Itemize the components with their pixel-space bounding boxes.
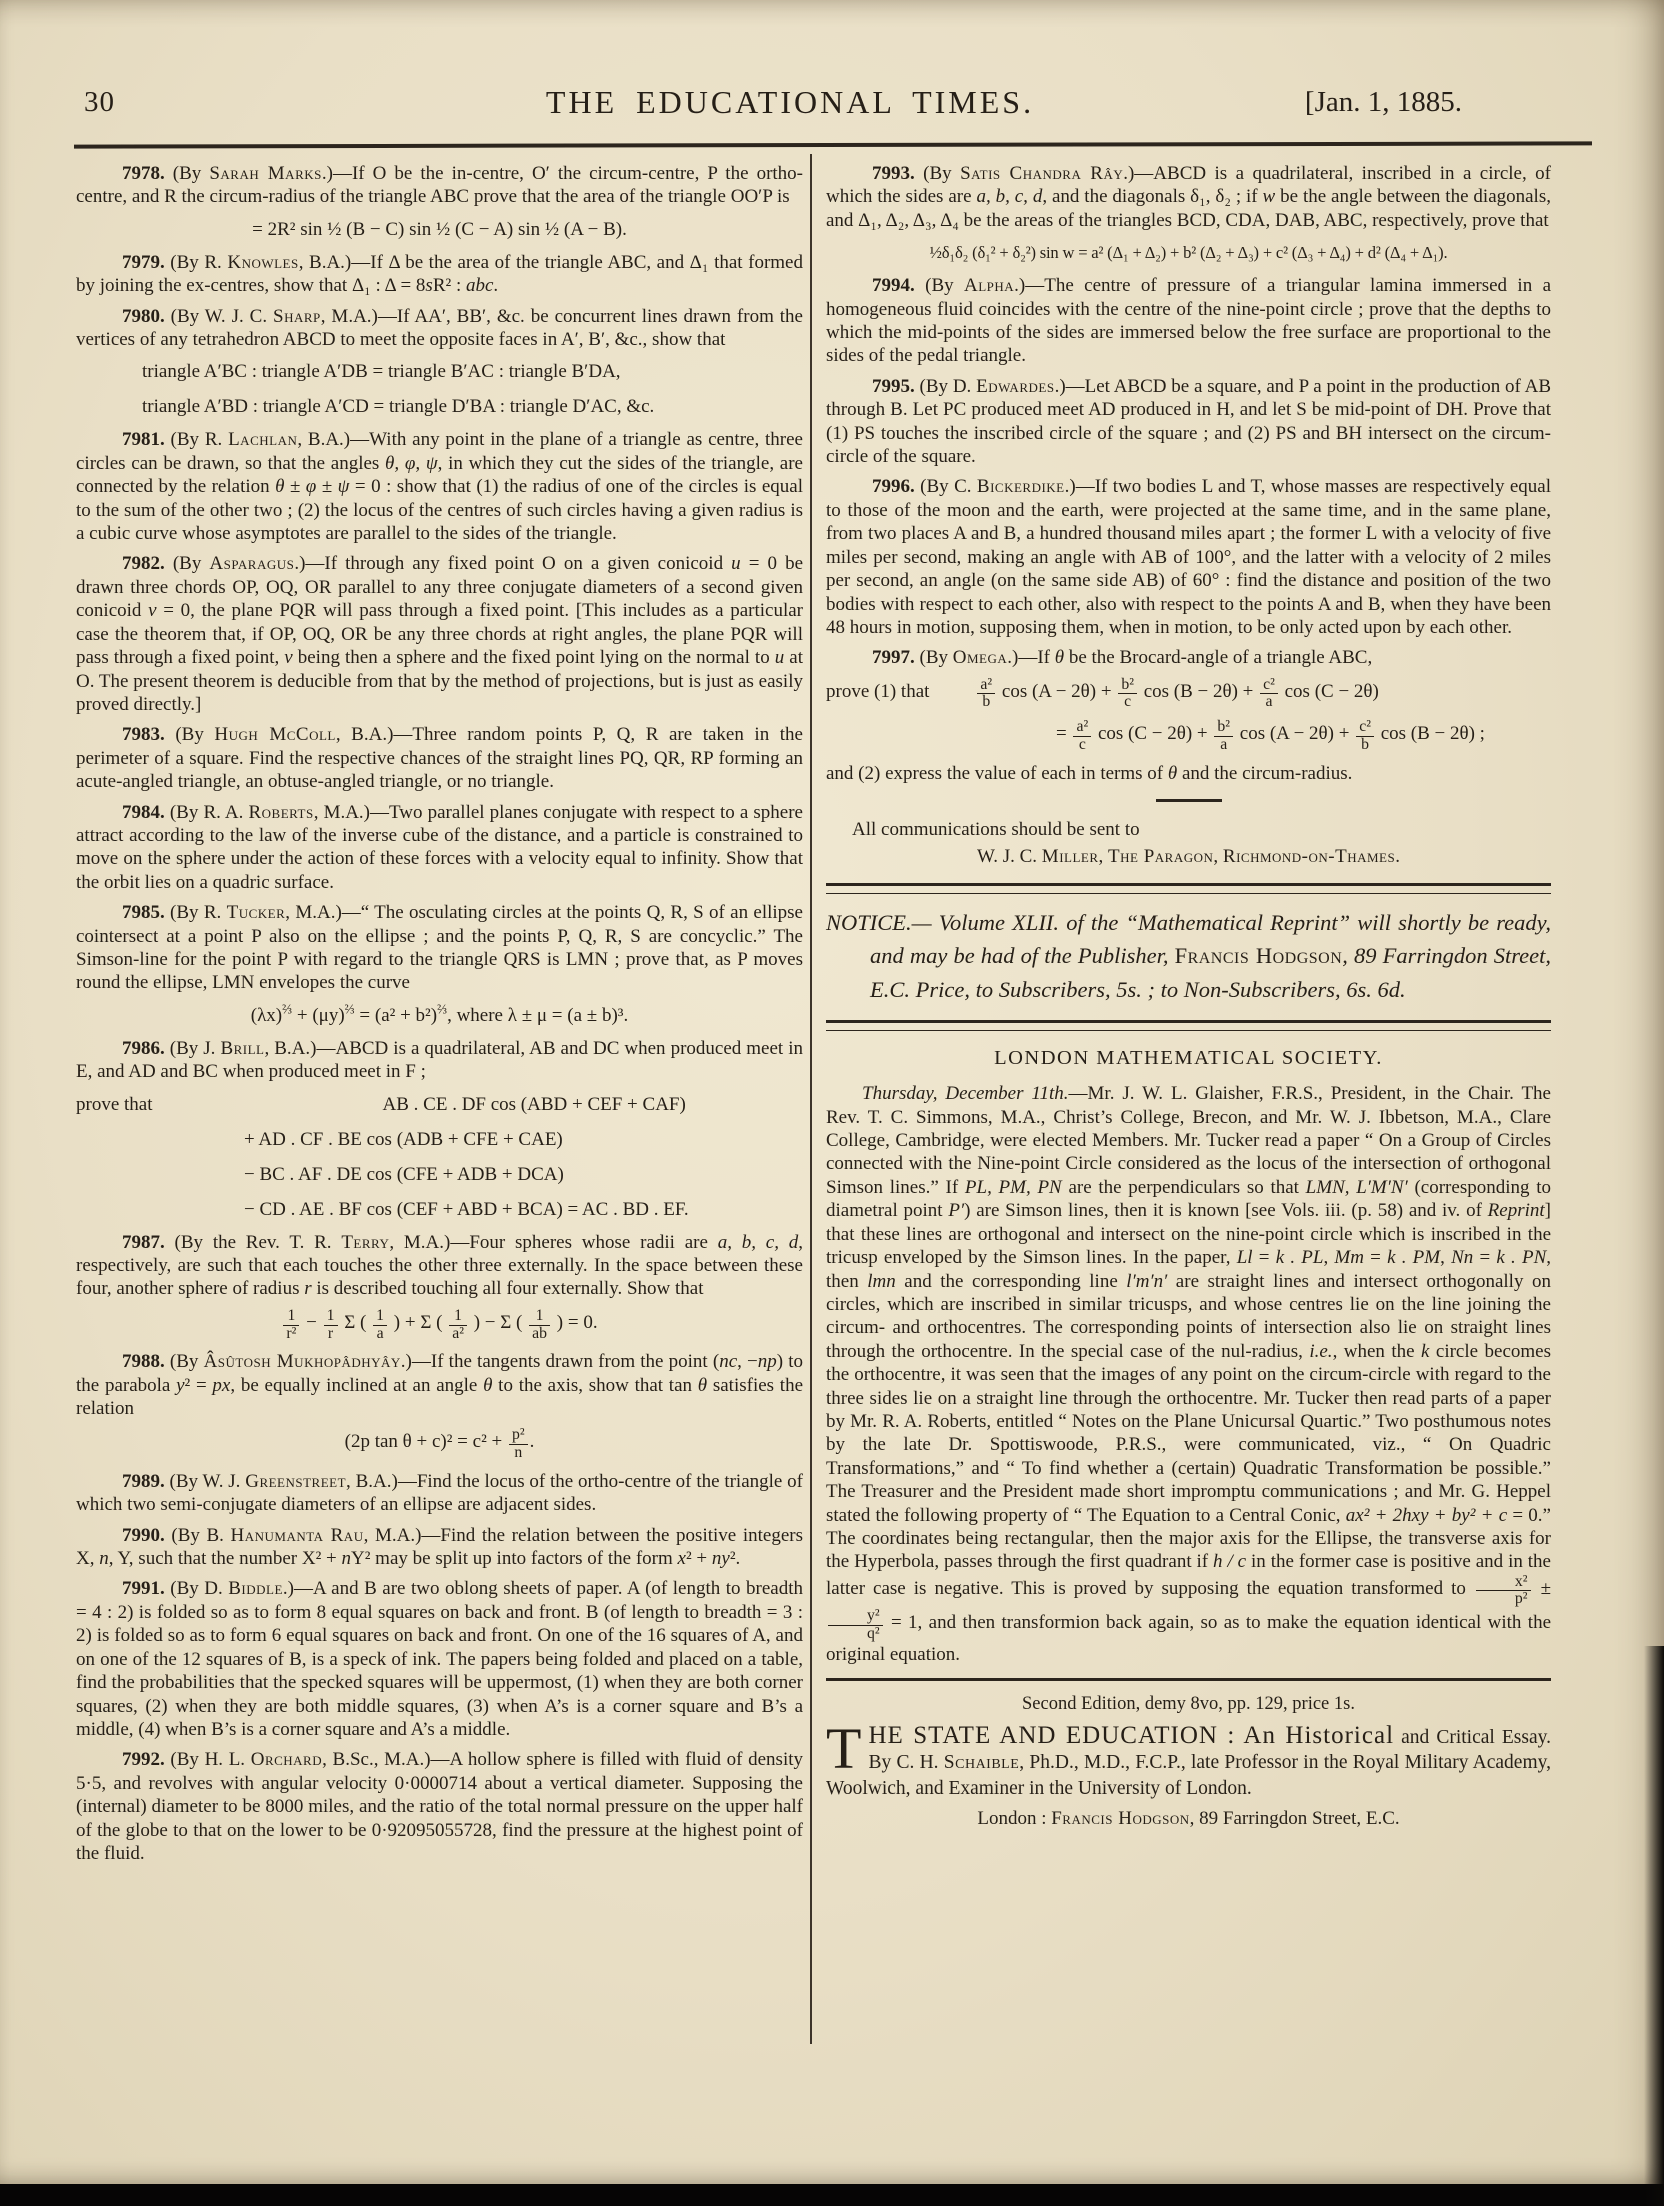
small-caps-name: Francis Hodgson (1051, 1808, 1189, 1829)
text-run: nc (719, 1351, 737, 1372)
fraction: x²p² (1476, 1574, 1531, 1608)
problem-paragraph: 7988. (By Âsûtosh Mukhopâdhyây.)—If the … (76, 1350, 803, 1420)
display-formula: = a²c cos (C − 2θ) + b²a cos (A − 2θ) + … (1056, 719, 1551, 753)
left-column: 7978. (By Sarah Marks.)—If O be the in-c… (76, 162, 803, 1872)
text-run: u (731, 553, 741, 574)
small-caps-name: Francis Hodgson (1175, 943, 1343, 968)
small-caps-name: Hanumanta Rau (231, 1525, 364, 1546)
column-divider (810, 154, 812, 2044)
small-caps-name: Sarah Marks (209, 163, 322, 184)
small-caps-name: Satis Chandra Rây (960, 163, 1123, 184)
display-formula: − CD . AE . BF cos (CEF + ABD + BCA) = A… (244, 1196, 803, 1223)
small-caps-name: Bickerdike (977, 476, 1065, 497)
text-run: θ, φ, ψ (385, 453, 438, 474)
text-run: HE STATE AND EDUCATION : An Historical (868, 1722, 1394, 1749)
text-run: LMN, L′M′N′ (1306, 1177, 1408, 1198)
small-caps-name: Knowles (227, 252, 298, 273)
problem-paragraph: 7997. (By Omega.)—If θ be the Brocard-an… (826, 646, 1551, 669)
small-caps-name: Brill (220, 1038, 264, 1059)
short-rule (1156, 799, 1222, 802)
display-formula: prove thatAB . CE . DF cos (ABD + CEF + … (76, 1091, 803, 1118)
display-formula: 1r² − 1r Σ ( 1a ) + Σ ( 1a² ) − Σ ( 1ab … (76, 1308, 803, 1342)
notice-paragraph: NOTICE.— Volume XLII. of the “Mathematic… (826, 906, 1551, 1007)
display-formula: (λx)⅔ + (μy)⅔ = (a² + b²)⅔, where λ ± μ … (76, 1002, 803, 1029)
drop-cap: T (826, 1723, 868, 1771)
problem-paragraph: 7980. (By W. J. C. Sharp, M.A.)—If AA′, … (76, 305, 803, 352)
display-formula: triangle A′BD : triangle A′CD = triangle… (142, 393, 803, 420)
text-run: 7991. (122, 1578, 165, 1599)
problem-paragraph: 7979. (By R. Knowles, B.A.)—If Δ be the … (76, 251, 803, 298)
header-rule (74, 141, 1592, 148)
small-caps-name: Sharp (273, 306, 321, 327)
text-run: 7980. (122, 306, 165, 327)
problem-paragraph: 7991. (By D. Biddle.)—A and B are two ob… (76, 1577, 803, 1741)
problem-paragraph: 7985. (By R. Tucker, M.A.)—“ The osculat… (76, 901, 803, 995)
text-run: i.e. (1309, 1341, 1332, 1362)
small-caps-name: Lachlan (228, 429, 297, 450)
problem-paragraph: 7986. (By J. Brill, B.A.)—ABCD is a quad… (76, 1037, 803, 1084)
text-run: Reprint (1488, 1200, 1545, 1221)
text-run: θ (483, 1375, 492, 1396)
text-run: 7994. (872, 275, 915, 296)
problem-paragraph: 7992. (By H. L. Orchard, B.Sc., M.A.)—A … (76, 1748, 803, 1865)
right-column: 7993. (By Satis Chandra Rây.)—ABCD is a … (826, 162, 1551, 1838)
text-run: Nn (1451, 1247, 1473, 1268)
small-caps-name: Hugh McColl (214, 724, 335, 745)
text-run: 7984. (122, 802, 165, 823)
display-formula: triangle A′BC : triangle A′DB = triangle… (142, 358, 803, 385)
problem-paragraph: 7996. (By C. Bickerdike.)—If two bodies … (826, 475, 1551, 639)
small-caps-name: Roberts (248, 802, 313, 823)
fraction: 1a (373, 1308, 387, 1342)
section-heading: LONDON MATHEMATICAL SOCIETY. (826, 1047, 1551, 1070)
small-caps-name: Richmond-on-Thames (1223, 846, 1395, 867)
fraction: a²b (977, 677, 995, 711)
text-run: lmn (867, 1271, 896, 1292)
text-run: v (284, 647, 292, 668)
text-run: ny (712, 1548, 730, 1569)
date-label: [Jan. 1, 1885. (1305, 86, 1462, 119)
display-formula: (2p tan θ + c)² = c² + p²n. (76, 1427, 803, 1461)
display-formula: + AD . CF . BE cos (ADB + CFE + CAE) (244, 1126, 803, 1153)
text-run: h / c (1213, 1551, 1246, 1572)
text-run: ⅔ (437, 1001, 447, 1016)
text-run: 7993. (872, 163, 915, 184)
text-run: 7987. (122, 1232, 165, 1253)
text-run: x (678, 1548, 686, 1569)
small-caps-name: Greenstreet (245, 1471, 346, 1492)
small-caps-name: Edwardes (976, 376, 1054, 397)
small-caps-name: Âsûtosh Mukhopâdhyây (204, 1351, 401, 1372)
text-run: 7986. (122, 1038, 165, 1059)
text-run: P′ (948, 1200, 964, 1221)
text-run: θ (1055, 647, 1064, 668)
text-run: 7996. (872, 476, 915, 497)
text-run: 7990. (122, 1525, 165, 1546)
text-run: 7995. (872, 376, 915, 397)
paragraph: London : Francis Hodgson, 89 Farringdon … (826, 1807, 1551, 1830)
text-run: n (342, 1548, 352, 1569)
small-caps-name: Terry (341, 1232, 389, 1253)
scan-bottom-band (0, 2184, 1664, 2206)
small-caps-name: Omega (953, 647, 1008, 668)
problem-paragraph: 7984. (By R. A. Roberts, M.A.)—Two paral… (76, 801, 803, 895)
text-run: 7985. (122, 902, 165, 923)
paragraph: and (2) express the value of each in ter… (826, 762, 1551, 785)
text-run: 7979. (122, 252, 165, 273)
display-formula: − BC . AF . DE cos (CFE + ADB + DCA) (244, 1161, 803, 1188)
fraction: 1ab (529, 1308, 550, 1342)
text-run: s (425, 275, 432, 296)
small-caps-name: Schaible (944, 1752, 1020, 1773)
double-rule (826, 1020, 1551, 1031)
page-edge-shade (1644, 1646, 1664, 2206)
fraction: c²a (1260, 677, 1278, 711)
small-caps-name: Miller (1042, 846, 1099, 867)
small-caps-name: Biddle (228, 1578, 283, 1599)
page-number: 30 (84, 86, 115, 119)
text-run: Thursday, December 11th. (862, 1083, 1069, 1104)
problem-paragraph: 7982. (By Asparagus.)—If through any fix… (76, 552, 803, 716)
text-run: k . PL (1276, 1247, 1324, 1268)
text-run: Ll (1237, 1247, 1253, 1268)
paragraph: W. J. C. Miller, The Paragon, Richmond-o… (826, 845, 1551, 868)
separator-rule (826, 1678, 1551, 1681)
text-run: a, b, c, d (976, 186, 1042, 207)
text-run: n (99, 1548, 109, 1569)
problem-paragraph: 7993. (By Satis Chandra Rây.)—ABCD is a … (826, 162, 1551, 232)
problem-paragraph: 7983. (By Hugh McColl, B.A.)—Three rando… (76, 723, 803, 793)
text-run: θ (698, 1375, 707, 1396)
text-run: w (1263, 186, 1276, 207)
text-run: abc (466, 275, 493, 296)
text-run: ax² + 2hxy + by² + c (1346, 1505, 1507, 1526)
fraction: b²a (1214, 719, 1233, 753)
text-run: 7978. (122, 163, 165, 184)
problem-paragraph: 7995. (By D. Edwardes.)—Let ABCD be a sq… (826, 375, 1551, 469)
small-caps-name: The Paragon (1108, 846, 1213, 867)
text-run: θ (1168, 763, 1177, 784)
text-run: ⅔ (345, 1001, 355, 1016)
paragraph: Thursday, December 11th.—Mr. J. W. L. Gl… (826, 1082, 1551, 1666)
problem-paragraph: 7994. (By Alpha.)—The centre of pressure… (826, 274, 1551, 368)
problem-paragraph: 7981. (By R. Lachlan, B.A.)—With any poi… (76, 428, 803, 545)
problem-paragraph: 7989. (By W. J. Greenstreet, B.A.)—Find … (76, 1470, 803, 1517)
problem-paragraph: 7990. (By B. Hanumanta Rau, M.A.)—Find t… (76, 1524, 803, 1571)
display-formula: prove (1) thata²b cos (A − 2θ) + b²c cos… (826, 677, 1551, 711)
text-run: r (304, 1278, 311, 1299)
text-run: 7988. (122, 1351, 165, 1372)
text-run: k . PN (1496, 1247, 1546, 1268)
page: 30 THE EDUCATIONAL TIMES. [Jan. 1, 1885.… (0, 0, 1664, 2186)
text-run: v (148, 600, 156, 621)
fraction: 1a² (449, 1308, 467, 1342)
fraction: c²b (1356, 719, 1374, 753)
text-run: θ ± φ ± ψ (275, 476, 349, 497)
text-run: np (758, 1351, 777, 1372)
paragraph: All communications should be sent to (826, 818, 1551, 841)
text-run: Mm (1334, 1247, 1364, 1268)
problem-paragraph: 7978. (By Sarah Marks.)—If O be the in-c… (76, 162, 803, 209)
problem-paragraph: 7987. (By the Rev. T. R. Terry, M.A.)—Fo… (76, 1231, 803, 1301)
text-run: y (176, 1375, 184, 1396)
fraction: p²n (509, 1427, 528, 1461)
small-caps-name: Tucker (227, 902, 286, 923)
text-run: 7983. (122, 724, 165, 745)
masthead-title: THE EDUCATIONAL TIMES. (330, 84, 1250, 121)
text-run: px (212, 1375, 230, 1396)
double-rule (826, 883, 1551, 894)
small-caps-name: Orchard (251, 1749, 322, 1770)
text-run: 7982. (122, 553, 165, 574)
fraction: 1r² (283, 1308, 299, 1342)
small-caps-name: Asparagus (209, 553, 294, 574)
text-run: PL, PM, PN (965, 1177, 1062, 1198)
text-run: l′m′n′ (1126, 1271, 1167, 1292)
fraction: y²q² (828, 1608, 883, 1642)
fraction: 1r (324, 1308, 338, 1342)
text-run: a, b, c, d (718, 1232, 799, 1253)
text-run: k . PM (1387, 1247, 1440, 1268)
book-ad-paragraph: THE STATE AND EDUCATION : An Historical … (826, 1723, 1551, 1802)
text-run: 7992. (122, 1749, 165, 1770)
display-formula: ½δ₁δ₂ (δ₁² + δ₂²) sin w = a² (Δ₁ + Δ₂) +… (826, 239, 1551, 266)
text-run: 7997. (872, 647, 915, 668)
scanned-page-stage: 30 THE EDUCATIONAL TIMES. [Jan. 1, 1885.… (0, 0, 1664, 2206)
display-formula: = 2R² sin ½ (B − C) sin ½ (C − A) sin ½ … (76, 216, 803, 243)
text-run: 7981. (122, 429, 165, 450)
text-run: ⅔ (282, 1001, 292, 1016)
text-run: u (775, 647, 785, 668)
text-run: k (1421, 1341, 1429, 1362)
fraction: b²c (1118, 677, 1137, 711)
text-run: 7989. (122, 1471, 165, 1492)
paragraph: Second Edition, demy 8vo, pp. 129, price… (826, 1693, 1551, 1716)
small-caps-name: Alpha (964, 275, 1014, 296)
fraction: a²c (1073, 719, 1091, 753)
